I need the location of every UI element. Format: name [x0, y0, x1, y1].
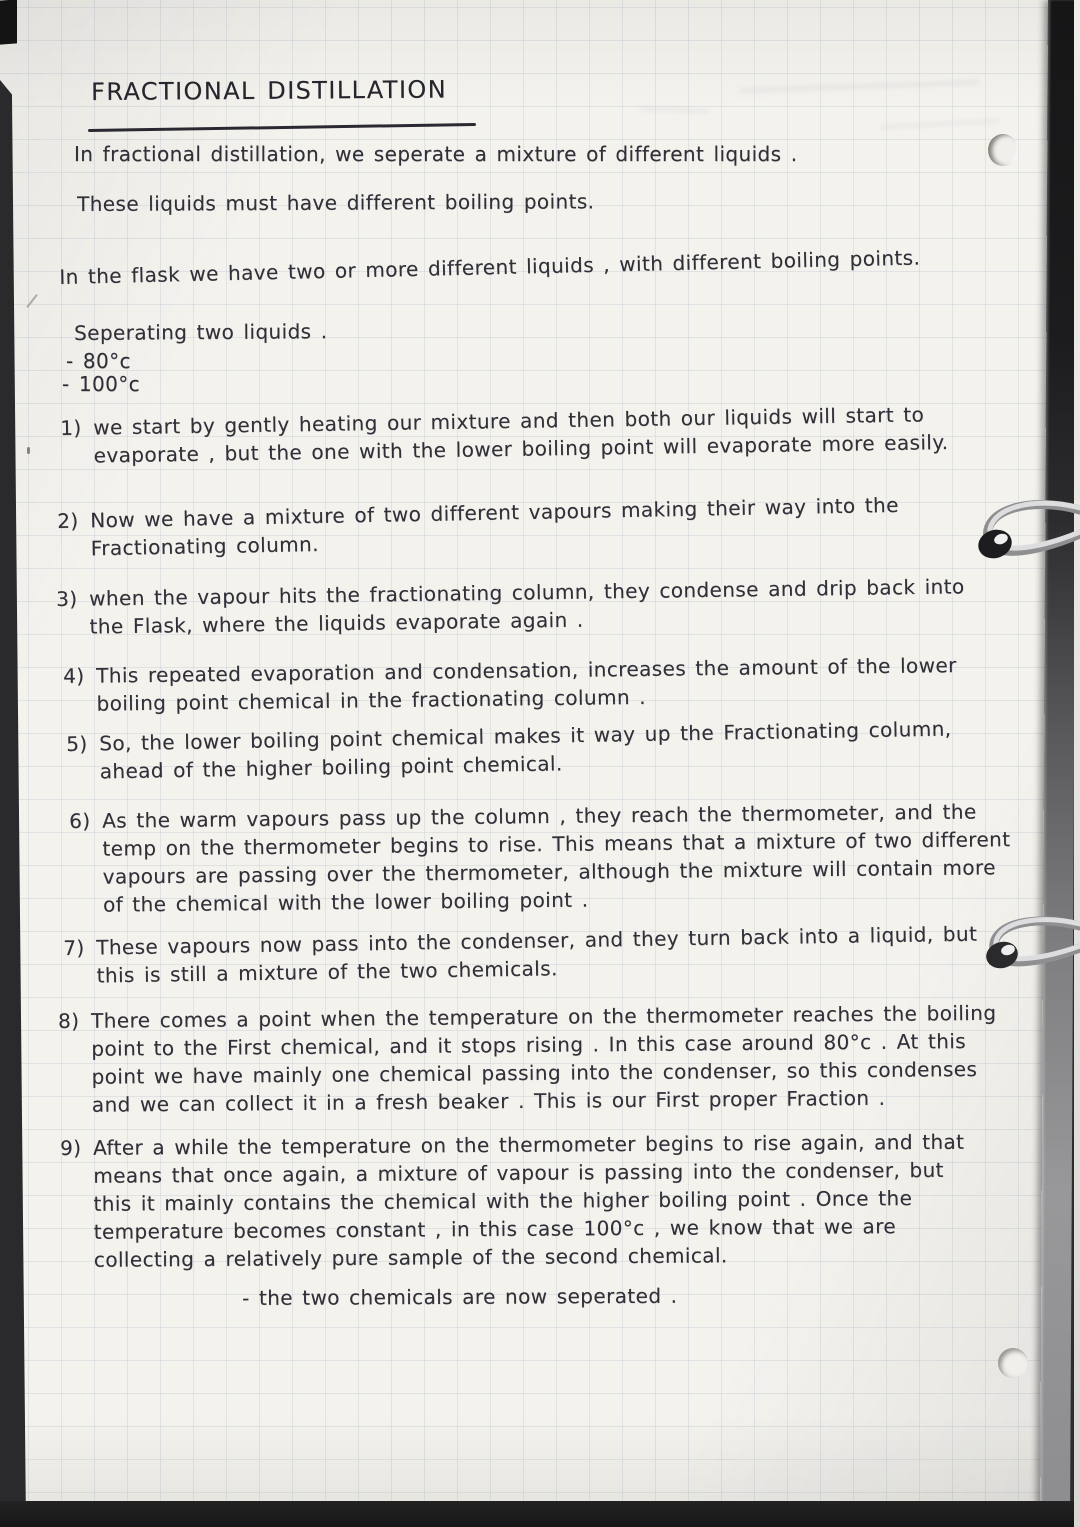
pencil-mark	[26, 294, 37, 308]
page-title: FRACTIONAL DISTILLATION	[91, 76, 447, 106]
step-number: 4)	[63, 662, 97, 718]
step-number: 5)	[66, 729, 100, 786]
step-text: After a while the temperature on the the…	[93, 1128, 979, 1274]
pencil-mark	[27, 447, 30, 454]
step-text: This repeated evaporation and condensati…	[96, 650, 1014, 717]
intro-line: These liquids must have different boilin…	[77, 186, 837, 218]
step-number: 8)	[58, 1007, 92, 1119]
photo-background: { "page": { "title": "FRACTIONAL DISTILL…	[0, 0, 1080, 1527]
step-item: 2) Now we have a mixture of two differen…	[57, 489, 1008, 563]
conclusion-note: - the two chemicals are now seperated .	[242, 1282, 677, 1312]
step-text: These vapours now pass into the condense…	[96, 919, 1014, 989]
ink-bleed-mark	[740, 80, 980, 93]
step-text: we start by gently heating our mixture a…	[93, 399, 1011, 469]
step-item: 6) As the warm vapours pass up the colum…	[69, 797, 1020, 919]
example-heading: Seperating two liquids .	[74, 317, 328, 347]
step-text: Now we have a mixture of two different v…	[90, 489, 1008, 563]
step-text: So, the lower boiling point chemical mak…	[99, 713, 1017, 785]
title-underline	[88, 123, 476, 132]
step-text: when the vapour hits the fractionating c…	[89, 572, 1007, 641]
step-item: 3) when the vapour hits the fractionatin…	[56, 572, 1007, 641]
desk-surface	[0, 1501, 1074, 1527]
step-number: 6)	[69, 807, 103, 919]
step-text: As the warm vapours pass up the column ,…	[102, 797, 1020, 919]
step-number: 2)	[57, 506, 91, 563]
step-text: There comes a point when the temperature…	[91, 999, 1009, 1119]
intro-line: In fractional distillation, we seperate …	[74, 140, 954, 168]
step-item: 4) This repeated evaporation and condens…	[63, 650, 1014, 718]
step-number: 9)	[60, 1134, 94, 1274]
step-number: 3)	[56, 585, 90, 641]
step-item: 9) After a while the temperature on the …	[60, 1128, 979, 1274]
ink-bleed-mark	[640, 107, 710, 113]
step-item: 5) So, the lower boiling point chemical …	[66, 713, 1017, 786]
punched-hole	[998, 1348, 1028, 1378]
step-item: 8) There comes a point when the temperat…	[58, 999, 1009, 1119]
next-page-edge	[1074, 0, 1080, 1527]
binder-ring	[958, 912, 1080, 992]
boiling-point-item: - 100°c	[62, 370, 140, 398]
step-number: 1)	[60, 413, 94, 470]
notebook-page: FRACTIONAL DISTILLATION In fractional di…	[0, 0, 1050, 1506]
binder-ring	[958, 492, 1080, 576]
background-notch	[0, 0, 17, 45]
intro-line: In the flask we have two or more differe…	[59, 241, 1044, 291]
step-item: 7) These vapours now pass into the conde…	[63, 919, 1014, 990]
step-number: 7)	[63, 933, 97, 990]
punched-hole	[988, 134, 1018, 166]
ink-bleed-mark	[880, 119, 1000, 129]
notebook-photo: FRACTIONAL DISTILLATION In fractional di…	[0, 0, 1080, 1527]
step-item: 1) we start by gently heating our mixtur…	[60, 399, 1011, 470]
